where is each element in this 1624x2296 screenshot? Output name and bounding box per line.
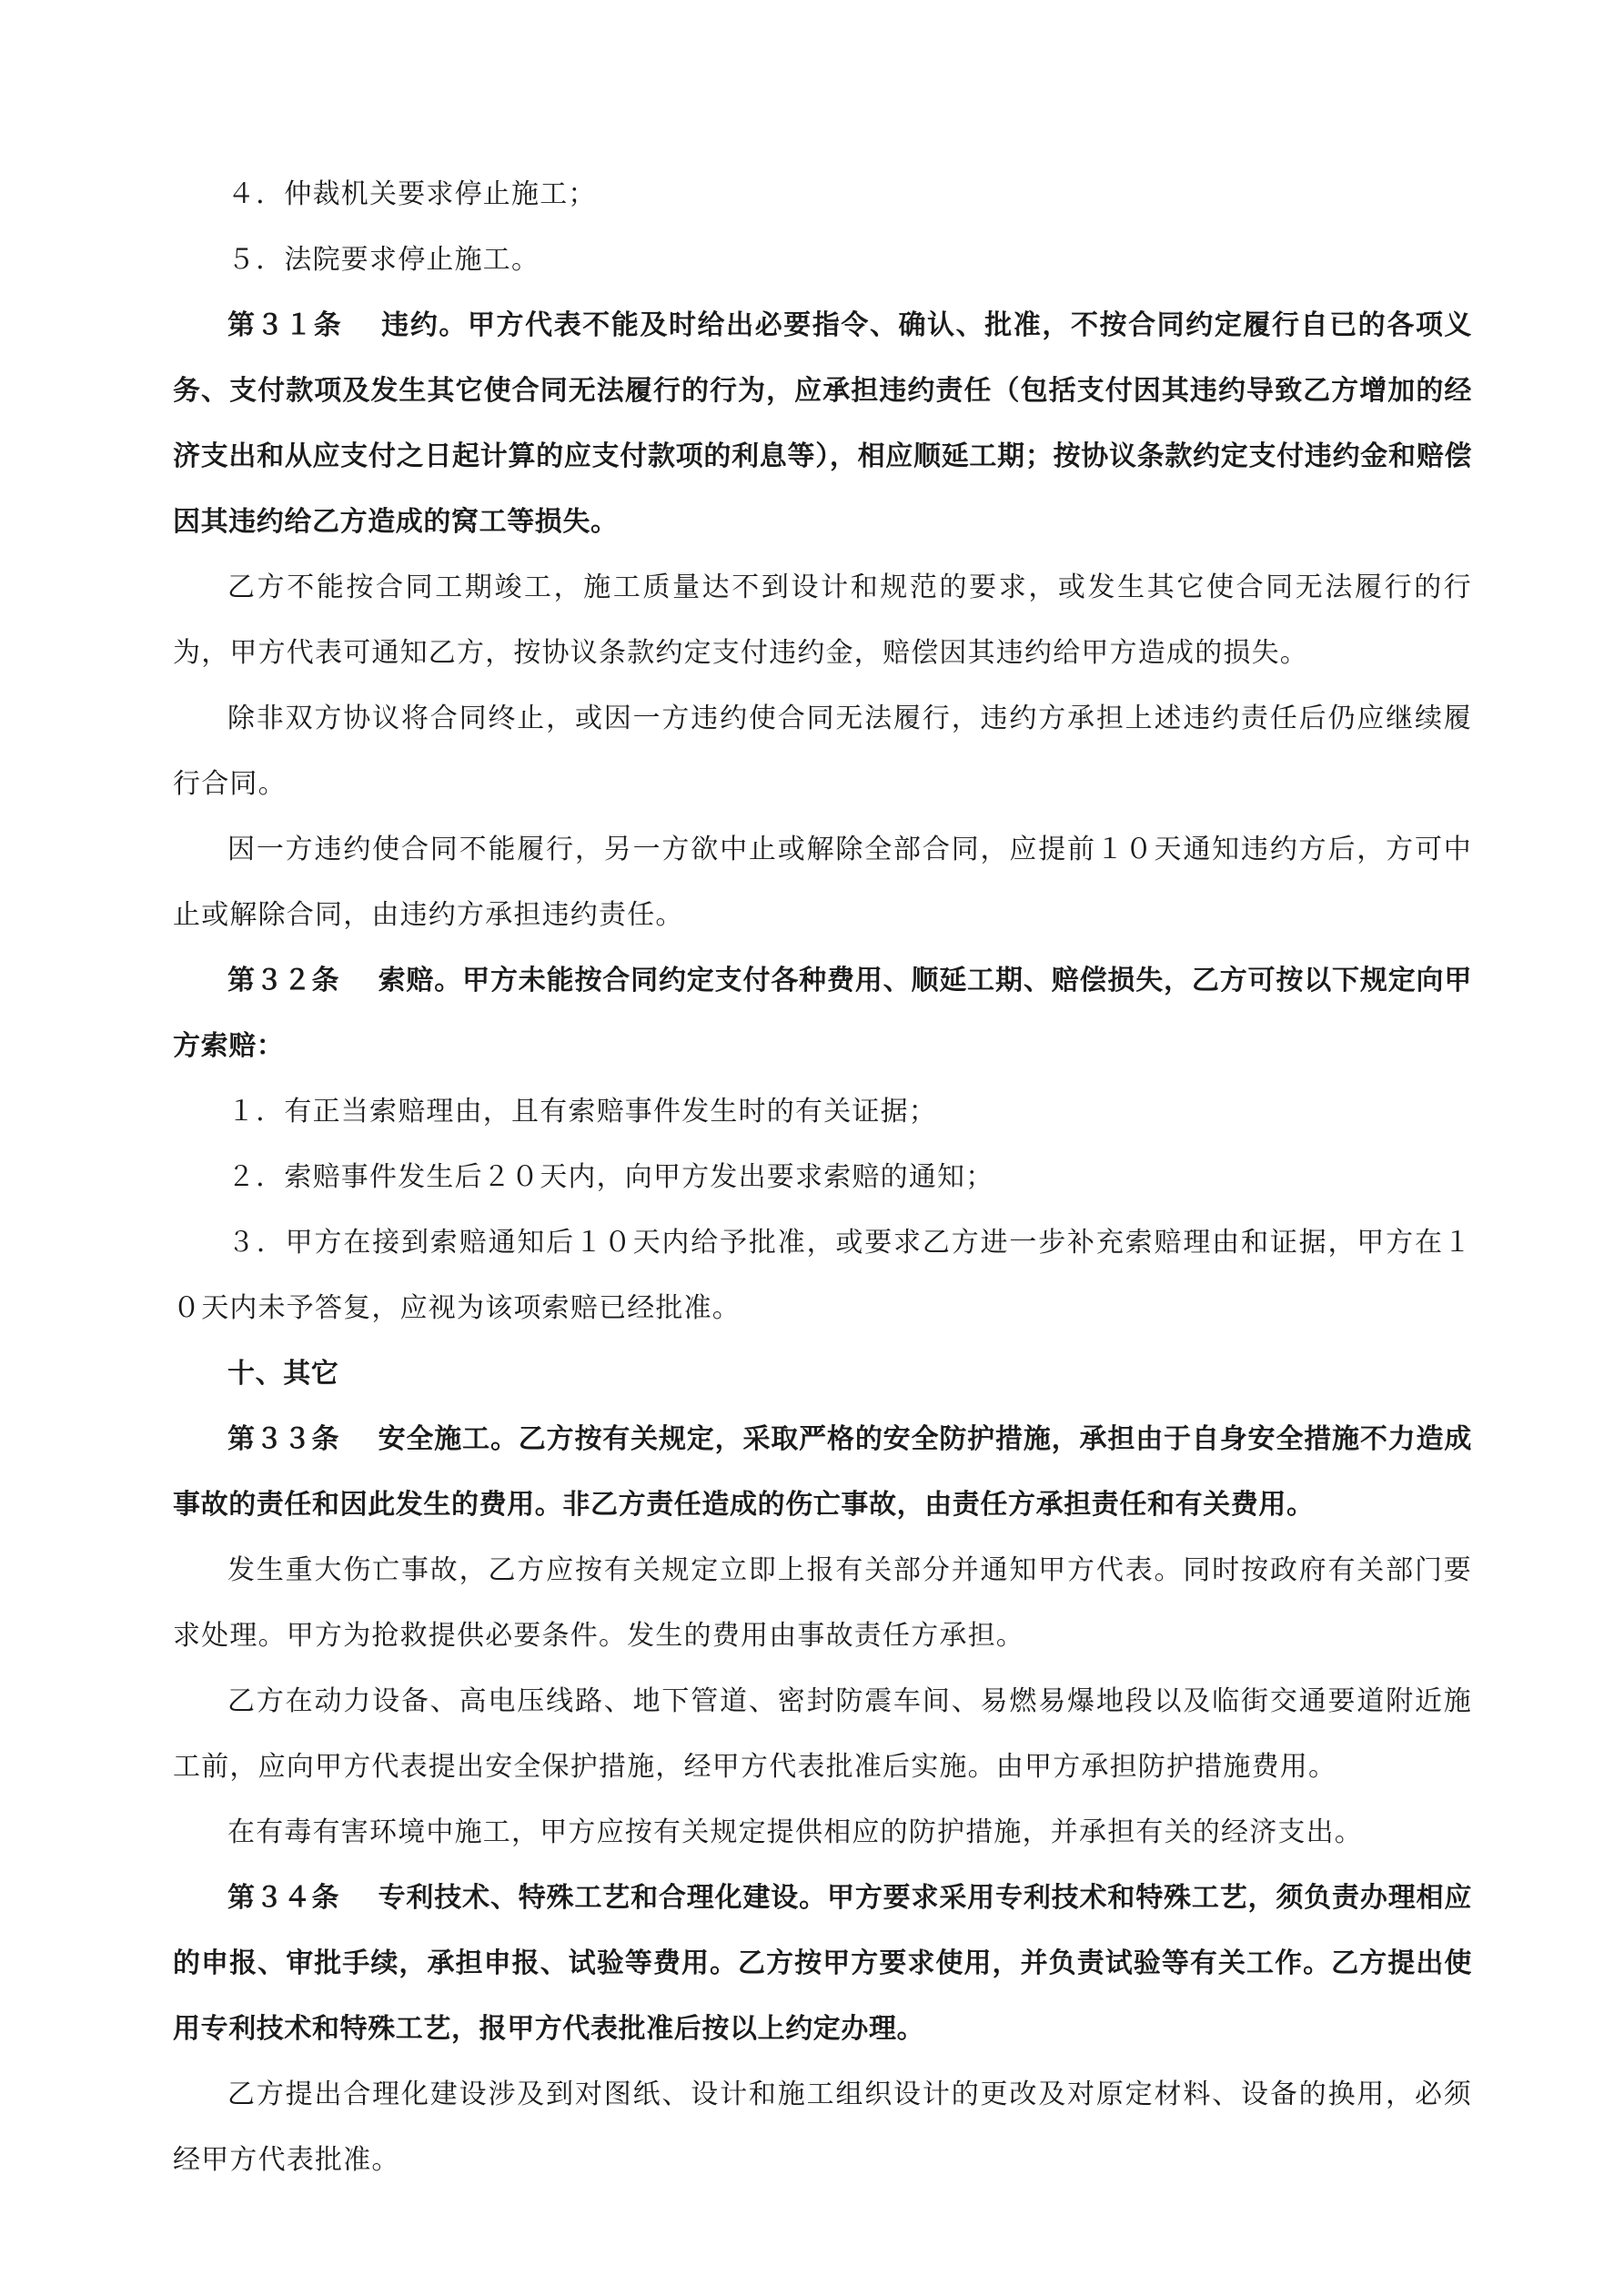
article-31: 第３１条违约。甲方代表不能及时给出必要指令、确认、批准，不按合同约定履行自已的各…	[173, 293, 1472, 555]
article-number: 第３３条	[227, 1423, 339, 1455]
paragraph: 乙方在动力设备、高电压线路、地下管道、密封防震车间、易燃易爆地段以及临街交通要道…	[173, 1669, 1472, 1800]
list-item-3: ３．甲方在接到索赔通知后１０天内给予批准，或要求乙方进一步补充索赔理由和证据，甲…	[173, 1210, 1472, 1341]
article-32: 第３２条索赔。甲方未能按合同约定支付各种费用、顺延工期、赔偿损失，乙方可按以下规…	[173, 948, 1472, 1079]
paragraph: 发生重大伤亡事故，乙方应按有关规定立即上报有关部分并通知甲方代表。同时按政府有关…	[173, 1538, 1472, 1669]
list-item-5: ５．法院要求停止施工。	[173, 228, 1472, 293]
paragraph: 乙方不能按合同工期竣工，施工质量达不到设计和规范的要求，或发生其它使合同无法履行…	[173, 555, 1472, 686]
section-heading: 十、其它	[173, 1341, 1472, 1407]
article-text: 索赔。甲方未能按合同约定支付各种费用、顺延工期、赔偿损失，乙方可按以下规定向甲方…	[173, 965, 1472, 1062]
list-item-4: ４．仲裁机关要求停止施工；	[173, 162, 1472, 228]
list-item-1: １．有正当索赔理由，且有索赔事件发生时的有关证据；	[173, 1079, 1472, 1145]
paragraph: 因一方违约使合同不能履行，另一方欲中止或解除全部合同，应提前１０天通知违约方后，…	[173, 817, 1472, 948]
article-text: 违约。甲方代表不能及时给出必要指令、确认、批准，不按合同约定履行自已的各项义务、…	[173, 309, 1472, 538]
paragraph: 除非双方协议将合同终止，或因一方违约使合同无法履行，违约方承担上述违约责任后仍应…	[173, 686, 1472, 817]
article-number: 第３４条	[227, 1882, 339, 1914]
article-text: 安全施工。乙方按有关规定，采取严格的安全防护措施，承担由于自身安全措施不力造成事…	[173, 1423, 1472, 1521]
article-33: 第３３条安全施工。乙方按有关规定，采取严格的安全防护措施，承担由于自身安全措施不…	[173, 1407, 1472, 1538]
article-text: 专利技术、特殊工艺和合理化建设。甲方要求采用专利技术和特殊工艺，须负责办理相应的…	[173, 1882, 1472, 2045]
article-34: 第３４条专利技术、特殊工艺和合理化建设。甲方要求采用专利技术和特殊工艺，须负责办…	[173, 1866, 1472, 2062]
article-number: 第３１条	[227, 309, 342, 341]
paragraph: 乙方提出合理化建设涉及到对图纸、设计和施工组织设计的更改及对原定材料、设备的换用…	[173, 2062, 1472, 2193]
paragraph: 在有毒有害环境中施工，甲方应按有关规定提供相应的防护措施，并承担有关的经济支出。	[173, 1800, 1472, 1866]
list-item-2: ２．索赔事件发生后２０天内，向甲方发出要求索赔的通知；	[173, 1145, 1472, 1210]
document-page: ４．仲裁机关要求停止施工； ５．法院要求停止施工。 第３１条违约。甲方代表不能及…	[173, 162, 1472, 2193]
article-number: 第３２条	[227, 965, 339, 996]
